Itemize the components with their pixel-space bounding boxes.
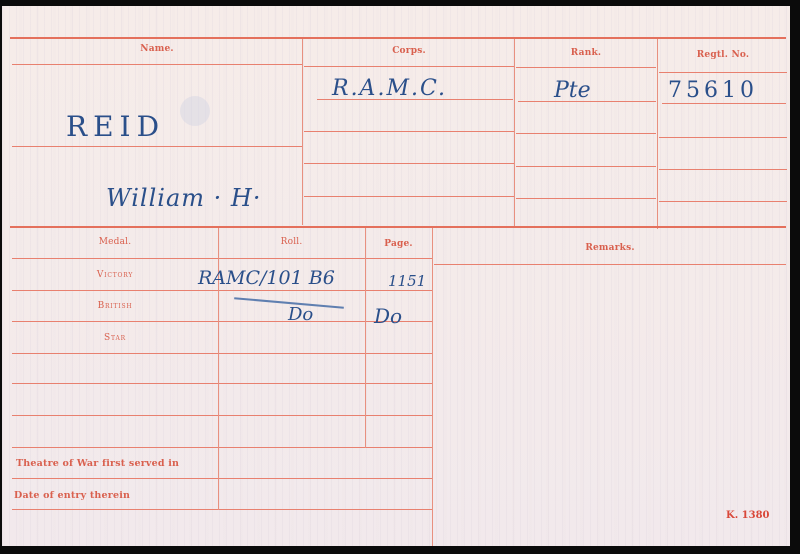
page-remarks-divider [432, 228, 433, 546]
corps-rule-3 [304, 163, 514, 164]
surname-rule [12, 146, 302, 147]
date-row-rule [12, 509, 432, 510]
victory-page-value: 1151 [388, 272, 426, 290]
medal-victory-label: Victory [12, 270, 218, 280]
regt-rule-1 [662, 103, 786, 104]
blank-row-rule-1 [12, 383, 432, 384]
name-corps-divider [302, 39, 303, 225]
regt-header-rule [659, 72, 787, 73]
regt-rule-2 [659, 137, 787, 138]
date-value [218, 490, 432, 508]
rank-rule-2 [516, 133, 656, 134]
theatre-label: Theatre of War first served in [16, 458, 226, 469]
rank-header-rule [516, 67, 656, 68]
roll-page-divider [365, 228, 366, 448]
name-header-rule [12, 64, 302, 65]
corps-rule-2 [304, 131, 514, 132]
medal-header-rule [12, 258, 432, 259]
theatre-value [218, 458, 432, 476]
rank-value: Pte [554, 78, 591, 103]
rank-rule-4 [516, 198, 656, 199]
blank-row-rule-2 [12, 415, 432, 416]
victory-roll-value: RAMC/101 B6 [198, 267, 335, 289]
rank-regt-divider [657, 39, 658, 229]
rank-label: Rank. [516, 48, 656, 58]
form-code: K. 1380 [726, 510, 770, 521]
medal-star-label: Star [12, 333, 218, 343]
corps-rule-4 [304, 196, 514, 197]
middle-rule [10, 226, 786, 228]
star-row-rule [12, 353, 432, 354]
forenames-value: William · H· [106, 184, 261, 212]
medal-index-card: Name. Corps. Rank. Regtl. No. REID Willi… [2, 6, 790, 546]
page-header: Page. [365, 239, 432, 249]
british-page-value: Do [374, 304, 402, 328]
theatre-row-rule [12, 478, 432, 479]
top-rule [10, 37, 786, 39]
corps-rank-divider [514, 39, 515, 227]
regt-rule-4 [659, 201, 787, 202]
british-roll-value: Do [288, 304, 313, 325]
medal-header: Medal. [12, 237, 218, 247]
name-label: Name. [12, 44, 302, 54]
victory-row-rule [12, 290, 432, 291]
british-row-rule [12, 321, 432, 322]
surname-value: REID [66, 110, 165, 143]
rank-rule-3 [516, 166, 656, 167]
corps-value: R.A.M.C. [332, 76, 447, 101]
remarks-header: Remarks. [434, 243, 786, 253]
corps-label: Corps. [304, 46, 514, 56]
roll-header: Roll. [218, 237, 365, 247]
regt-no-label: Regtl. No. [659, 50, 787, 60]
regt-rule-3 [659, 169, 787, 170]
regt-no-value: 75610 [668, 78, 758, 103]
medal-british-label: British [12, 301, 218, 311]
remarks-header-rule [434, 264, 786, 265]
date-label: Date of entry therein [14, 490, 224, 501]
corps-header-rule [304, 66, 514, 67]
ink-smudge [180, 96, 210, 126]
blank-row-rule-3 [12, 447, 432, 448]
